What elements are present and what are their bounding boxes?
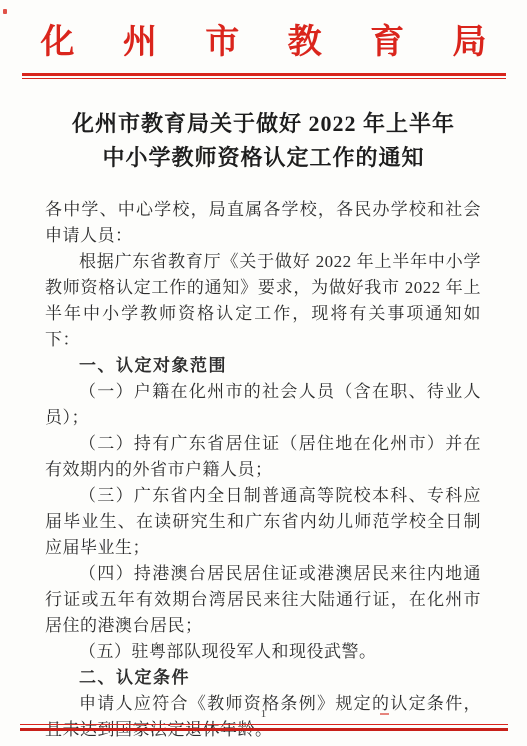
agency-char: 育 [370, 23, 404, 63]
document-title: 化州市教育局关于做好 2022 年上半年 中小学教师资格认定工作的通知 [0, 107, 527, 175]
section-1-item-4: （四）持港澳台居民居住证或港澳居民来往内地通行证或五年有效期台湾居民来往大陆通行… [45, 561, 481, 639]
section-1-item-5: （五）驻粤部队现役军人和现役武警。 [45, 639, 481, 665]
agency-char: 化 [41, 23, 75, 63]
footer-double-rule [20, 724, 508, 731]
section-1-item-2: （二）持有广东省居住证（居住地在化州市）并在有效期内的外省市户籍人员； [45, 431, 481, 483]
agency-char: 教 [288, 23, 322, 63]
section-1-heading: 一、认定对象范围 [45, 353, 481, 379]
document-body: 各中学、中心学校，局直属各学校，各民办学校和社会申请人员： 根据广东省教育厅《关… [45, 197, 481, 743]
red-scan-speck [3, 9, 7, 14]
letterhead-double-rule [22, 73, 506, 79]
document-page: 化 州 市 教 育 局 化州市教育局关于做好 2022 年上半年 中小学教师资格… [0, 0, 527, 746]
letterhead-agency-name: 化 州 市 教 育 局 [41, 0, 487, 63]
agency-char: 局 [452, 23, 486, 63]
document-title-line2: 中小学教师资格认定工作的通知 [0, 141, 527, 175]
agency-char: 市 [205, 23, 239, 63]
section-2-heading: 二、认定条件 [45, 665, 481, 691]
red-scan-speck [380, 713, 389, 715]
document-title-line1: 化州市教育局关于做好 2022 年上半年 [0, 107, 527, 141]
section-1-item-3: （三）广东省内全日制普通高等院校本科、专科应届毕业生、在读研究生和广东省内幼儿师… [45, 483, 481, 561]
intro-paragraph: 根据广东省教育厅《关于做好 2022 年上半年中小学教师资格认定工作的通知》要求… [45, 249, 481, 353]
salutation: 各中学、中心学校，局直属各学校，各民办学校和社会申请人员： [45, 197, 481, 249]
section-1-item-1: （一）户籍在化州市的社会人员（含在职、待业人员）； [45, 379, 481, 431]
page-number: 1 [0, 708, 527, 720]
agency-char: 州 [123, 23, 157, 63]
